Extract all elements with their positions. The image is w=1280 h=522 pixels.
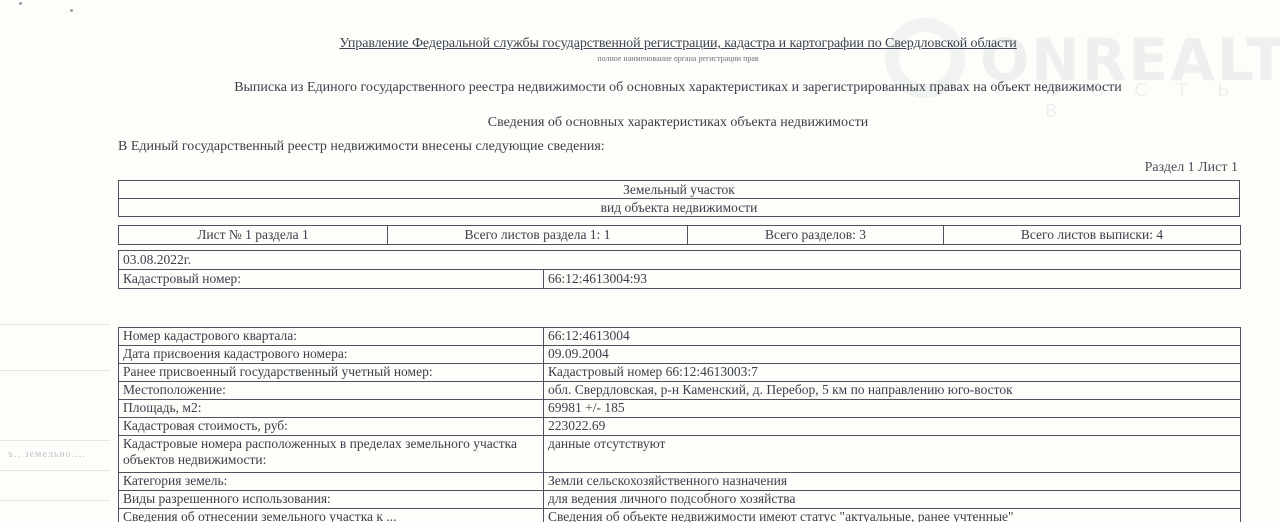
table-row: Площадь, м2: 69981 +/- 185 bbox=[119, 400, 1241, 418]
bleed-through-line bbox=[0, 324, 110, 325]
row-label: Номер кадастрового квартала: bbox=[119, 328, 544, 346]
bleed-through-line bbox=[0, 440, 110, 441]
table-row: Кадастровая стоимость, руб: 223022.69 bbox=[119, 418, 1241, 436]
table-row: Категория земель: Земли сельскохозяйстве… bbox=[119, 473, 1241, 491]
characteristics-table: Номер кадастрового квартала: 66:12:46130… bbox=[118, 327, 1241, 522]
object-type-table: Земельный участок вид объекта недвижимос… bbox=[118, 180, 1240, 217]
row-value: 09.09.2004 bbox=[544, 346, 1241, 364]
row-value: 223022.69 bbox=[544, 418, 1241, 436]
scan-speck bbox=[70, 9, 73, 12]
statement-sheets-total: Всего листов выписки: 4 bbox=[944, 226, 1241, 245]
row-value: для ведения личного подсобного хозяйства bbox=[544, 491, 1241, 509]
row-label: Кадастровые номера расположенных в преде… bbox=[119, 436, 544, 473]
table-row: Кадастровые номера расположенных в преде… bbox=[119, 436, 1241, 473]
bleed-through-line bbox=[0, 500, 110, 501]
sheet-number: Лист № 1 раздела 1 bbox=[119, 226, 388, 245]
row-label: Дата присвоения кадастрового номера: bbox=[119, 346, 544, 364]
table-row: Местоположение: обл. Свердловская, р-н К… bbox=[119, 382, 1241, 400]
row-value: Сведения об объекте недвижимости имеют с… bbox=[544, 509, 1241, 522]
row-label: Виды разрешенного использования: bbox=[119, 491, 544, 509]
object-type-value: Земельный участок bbox=[119, 181, 1240, 199]
bleed-through-line bbox=[0, 470, 110, 471]
table-row: Ранее присвоенный государственный учетны… bbox=[119, 364, 1241, 382]
table-row: Лист № 1 раздела 1 Всего листов раздела … bbox=[119, 226, 1241, 245]
row-value: обл. Свердловская, р-н Каменский, д. Пер… bbox=[544, 382, 1241, 400]
row-label: Кадастровая стоимость, руб: bbox=[119, 418, 544, 436]
table-row: 03.08.2022г. bbox=[119, 251, 1241, 270]
object-type-caption: вид объекта недвижимости bbox=[119, 199, 1240, 217]
table-row: Сведения об отнесении земельного участка… bbox=[119, 509, 1241, 522]
row-value: 69981 +/- 185 bbox=[544, 400, 1241, 418]
sections-total: Всего разделов: 3 bbox=[688, 226, 944, 245]
table-row: вид объекта недвижимости bbox=[119, 199, 1240, 217]
row-value: 66:12:4613004 bbox=[544, 328, 1241, 346]
row-label: Местоположение: bbox=[119, 382, 544, 400]
row-label: Площадь, м2: bbox=[119, 400, 544, 418]
document-title: Выписка из Единого государственного реес… bbox=[0, 80, 1280, 96]
scan-speck bbox=[19, 2, 22, 5]
section-title: Сведения об основных характеристиках объ… bbox=[0, 115, 1280, 131]
row-label: Сведения об отнесении земельного участка… bbox=[119, 509, 544, 522]
bleed-through-line bbox=[0, 370, 110, 371]
section-reference: Раздел 1 Лист 1 bbox=[1145, 160, 1238, 176]
table-row: Земельный участок bbox=[119, 181, 1240, 199]
sheets-table: Лист № 1 раздела 1 Всего листов раздела … bbox=[118, 225, 1241, 245]
row-label: Ранее присвоенный государственный учетны… bbox=[119, 364, 544, 382]
statement-header-table: 03.08.2022г. Кадастровый номер: 66:12:46… bbox=[118, 250, 1241, 289]
table-row: Номер кадастрового квартала: 66:12:46130… bbox=[119, 328, 1241, 346]
organization-name: Управление Федеральной службы государств… bbox=[0, 36, 1280, 52]
organization-caption: полное наименование органа регистрации п… bbox=[0, 54, 1280, 63]
table-row: Виды разрешенного использования: для вед… bbox=[119, 491, 1241, 509]
intro-text: В Единый государственный реестр недвижим… bbox=[118, 139, 605, 155]
table-row: Дата присвоения кадастрового номера: 09.… bbox=[119, 346, 1241, 364]
row-label: Категория земель: bbox=[119, 473, 544, 491]
section-sheets-total: Всего листов раздела 1: 1 bbox=[388, 226, 688, 245]
bleed-through-text: ъ.. земельно.... bbox=[8, 449, 86, 460]
row-value: Земли сельскохозяйственного назначения bbox=[544, 473, 1241, 491]
row-value: данные отсутствуют bbox=[544, 436, 1241, 473]
row-value: Кадастровый номер 66:12:4613003:7 bbox=[544, 364, 1241, 382]
cadastral-number-value: 66:12:4613004:93 bbox=[544, 270, 1241, 289]
table-row: Кадастровый номер: 66:12:4613004:93 bbox=[119, 270, 1241, 289]
cadastral-number-label: Кадастровый номер: bbox=[119, 270, 544, 289]
statement-date: 03.08.2022г. bbox=[119, 251, 1241, 270]
